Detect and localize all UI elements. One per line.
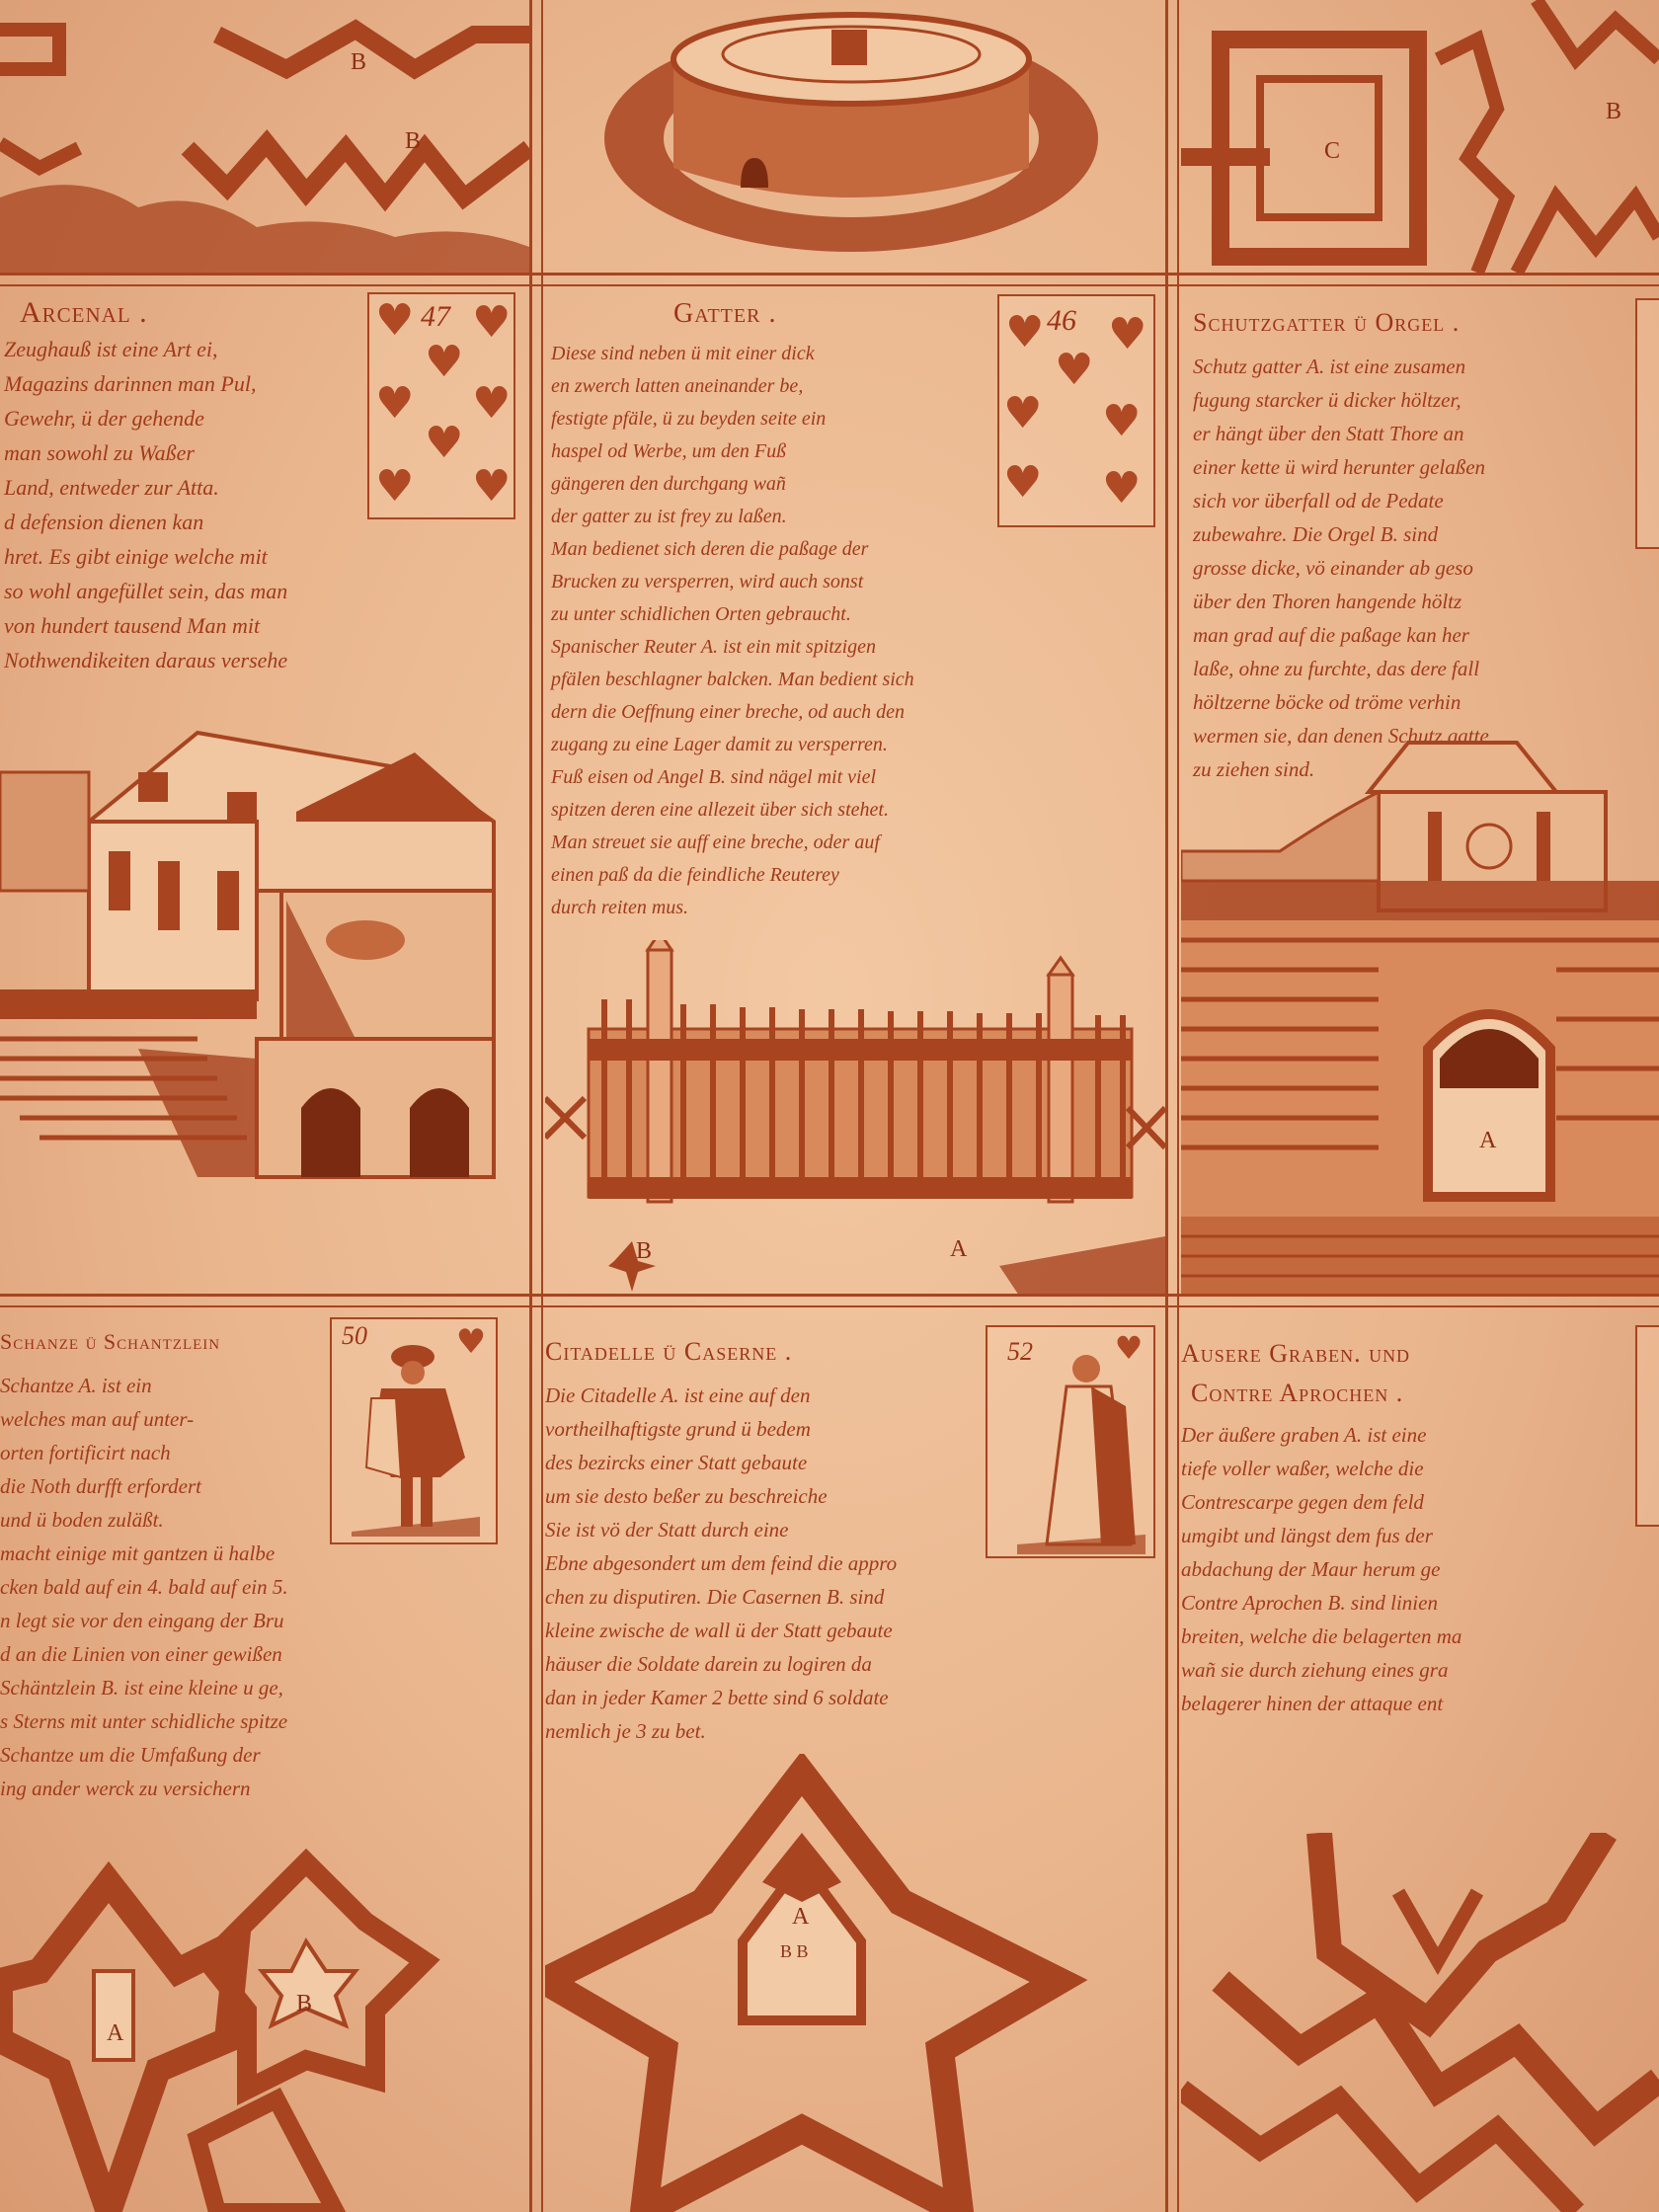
heart-pip-icon: ♥ [375,385,409,423]
card-title: Gatter . [673,298,776,330]
plan-label-b: B [351,49,366,76]
heart-pip-icon: ♥ [1003,464,1037,502]
illustration-label-a: A [1479,1128,1496,1154]
court-card-inset: 50 ♥ [330,1317,498,1544]
plan-label-b2: B [405,128,421,155]
card-ausere-graben: Ausere Graben. und Contre Aprochen . Der… [1181,1309,1659,2212]
round-tower-illustration [545,0,1165,273]
col-divider-1 [529,0,532,2212]
plan-label-a: A [792,1904,809,1931]
plan-label-bb: B B [780,1941,809,1962]
row-divider-2b [0,1305,1659,1307]
zigzag-fortification-illustration [0,0,529,273]
heart-pip-icon: ♥ [472,468,506,506]
card-schutzgatter: Schutzgatter ü Orgel . Schutz gatter A. … [1181,288,1659,1294]
card-title: Arcenal . [20,296,148,330]
card-description: Der äußere graben A. ist eine tiefe voll… [1181,1418,1461,1720]
plan-label-a: A [107,2020,123,2047]
card-description: Schantze A. ist ein welches man auf unte… [0,1369,288,1805]
col-divider-2 [1165,0,1168,2212]
illustration-label-a: A [950,1236,967,1263]
court-card-inset: 52 ♥ [986,1325,1155,1558]
top-right-panel: C B [1181,0,1659,273]
plan-label-b: B [296,1991,312,2017]
card-description: Schutz gatter A. ist eine zusamen fugung… [1193,350,1489,786]
square-fort-illustration [1181,0,1659,273]
card-description: Zeughauß ist eine Art ei, Magazins darin… [4,332,287,677]
pip-card-inset: 46 ♥ ♥ ♥ ♥ ♥ ♥ ♥ [997,294,1155,527]
illustration-label-b: B [636,1238,652,1265]
man-figure-illustration [352,1339,480,1537]
pip-card-inset: 47 ♥ ♥ ♥ ♥ ♥ ♥ ♥ ♥ [367,292,515,519]
heart-pip-icon: ♥ [1102,403,1136,440]
heart-pip-icon: ♥ [375,302,409,340]
card-description: Die Citadelle A. ist eine auf den vorthe… [545,1379,897,1748]
card-number: 46 [1047,304,1076,338]
star-redoubt-plan-illustration [0,1843,529,2212]
card-gatter: Gatter . 46 ♥ ♥ ♥ ♥ ♥ ♥ ♥ Diese sind neb… [545,288,1165,1294]
queen-figure-illustration [1017,1347,1145,1554]
heart-pip-icon: ♥ [1108,316,1142,354]
card-title: Schanze ü Schantzlein [0,1329,220,1355]
plan-label-c: C [1324,138,1340,165]
outworks-plan-illustration [1181,1833,1659,2212]
heart-pip-icon: ♥ [472,304,506,342]
heart-pip-icon: ♥ [1055,352,1088,389]
card-title: Ausere Graben. und [1181,1339,1410,1369]
col-divider-1b [541,0,543,2212]
row-divider-1b [0,284,1659,286]
card-title: Schutzgatter ü Orgel . [1193,308,1460,338]
city-gate-illustration [1181,723,1659,1294]
adjacent-card-edge [1635,1325,1659,1527]
col-divider-2b [1177,0,1179,2212]
heart-pip-icon: ♥ [1005,314,1039,352]
heart-pip-icon: ♥ [1102,470,1136,508]
row-divider-2 [0,1294,1659,1297]
heart-pip-icon: ♥ [1003,395,1037,433]
engraved-sheet: B B C B Arcenal . 47 ♥ [0,0,1659,2212]
card-citadelle: Citadelle ü Caserne . 52 ♥ Die Citadelle… [545,1309,1165,2212]
heart-pip-icon: ♥ [375,468,409,506]
citadel-plan-illustration [545,1754,1165,2212]
card-number: 47 [421,300,450,334]
adjacent-card-edge [1635,298,1659,549]
arsenal-building-illustration [0,713,513,1207]
card-title: Citadelle ü Caserne . [545,1337,792,1367]
card-title-line-2: Contre Aprochen . [1191,1379,1403,1408]
heart-pip-icon: ♥ [472,385,506,423]
card-arcenal: Arcenal . 47 ♥ ♥ ♥ ♥ ♥ ♥ ♥ ♥ Zeughauß is… [0,288,529,1294]
row-divider-1 [0,273,1659,276]
plan-label-b: B [1606,99,1621,125]
top-middle-panel [545,0,1165,273]
card-description: Diese sind neben ü mit einer dick en zwe… [551,338,914,924]
heart-pip-icon: ♥ [425,344,458,381]
card-schanze: Schanze ü Schantzlein 50 ♥ Schantze A. i… [0,1309,529,2212]
heart-pip-icon: ♥ [425,425,458,462]
top-left-panel: B B [0,0,529,273]
